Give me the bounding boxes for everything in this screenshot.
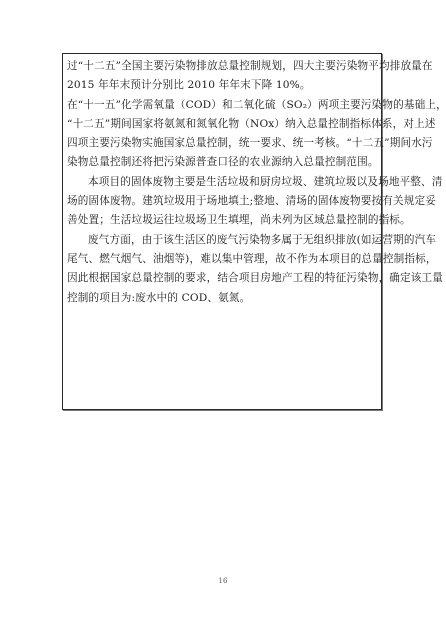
- text-line-11: 尾气、燃气烟气、油烟等)，难以集中管理，故不作为本项目的总量控制指标，: [67, 250, 379, 269]
- text-line-7-solid-waste-paragraph: 本项目的固体废物主要是生活垃圾和厨房垃圾、建筑垃圾以及场地平整、清: [67, 173, 379, 192]
- text-line-10-exhaust-gas-paragraph: 废气方面，由于该生活区的废气污染物多属于无组织排放(如运营期的汽车: [67, 231, 379, 250]
- text-line-2: 2015 年年末预计分别比 2010 年年末下降 10%。: [67, 76, 379, 95]
- paragraph-text-block: 过“十二五”全国主要污染物排放总量控制规划，四大主要污染物平均排放量在 2015…: [67, 57, 379, 308]
- text-line-9: 善处置；生活垃圾运往垃圾场卫生填埋，尚未列为区域总量控制的指标。: [67, 211, 379, 230]
- text-line-13: 控制的项目为:废水中的 COD、氨氮。: [67, 289, 379, 308]
- text-line-5: 四项主要污染物实施国家总量控制，统一要求、统一考核。“十二五”期间水污: [67, 134, 379, 153]
- text-line-1: 过“十二五”全国主要污染物排放总量控制规划，四大主要污染物平均排放量在: [67, 57, 379, 76]
- text-line-4: “十二五”期间国家将氨氮和氮氧化物（NOx）纳入总量控制指标体系，对上述: [67, 115, 379, 134]
- page-number: 16: [0, 577, 446, 585]
- text-line-6: 染物总量控制还将把污染源普查口径的农业源纳入总量控制范围。: [67, 153, 379, 172]
- document-page: 过“十二五”全国主要污染物排放总量控制规划，四大主要污染物平均排放量在 2015…: [0, 0, 446, 630]
- text-line-8: 场的固体废物。建筑垃圾用于场地填土;整地、清场的固体废物要按有关规定妥: [67, 192, 379, 211]
- text-line-3: 在“十一五”化学需氧量（COD）和二氧化硫（SO₂）两项主要污染物的基础上，: [67, 96, 379, 115]
- bordered-content-box: 过“十二五”全国主要污染物排放总量控制规划，四大主要污染物平均排放量在 2015…: [62, 53, 382, 410]
- text-line-12: 因此根据国家总量控制的要求，结合项目房地产工程的特征污染物，确定该工量: [67, 269, 379, 288]
